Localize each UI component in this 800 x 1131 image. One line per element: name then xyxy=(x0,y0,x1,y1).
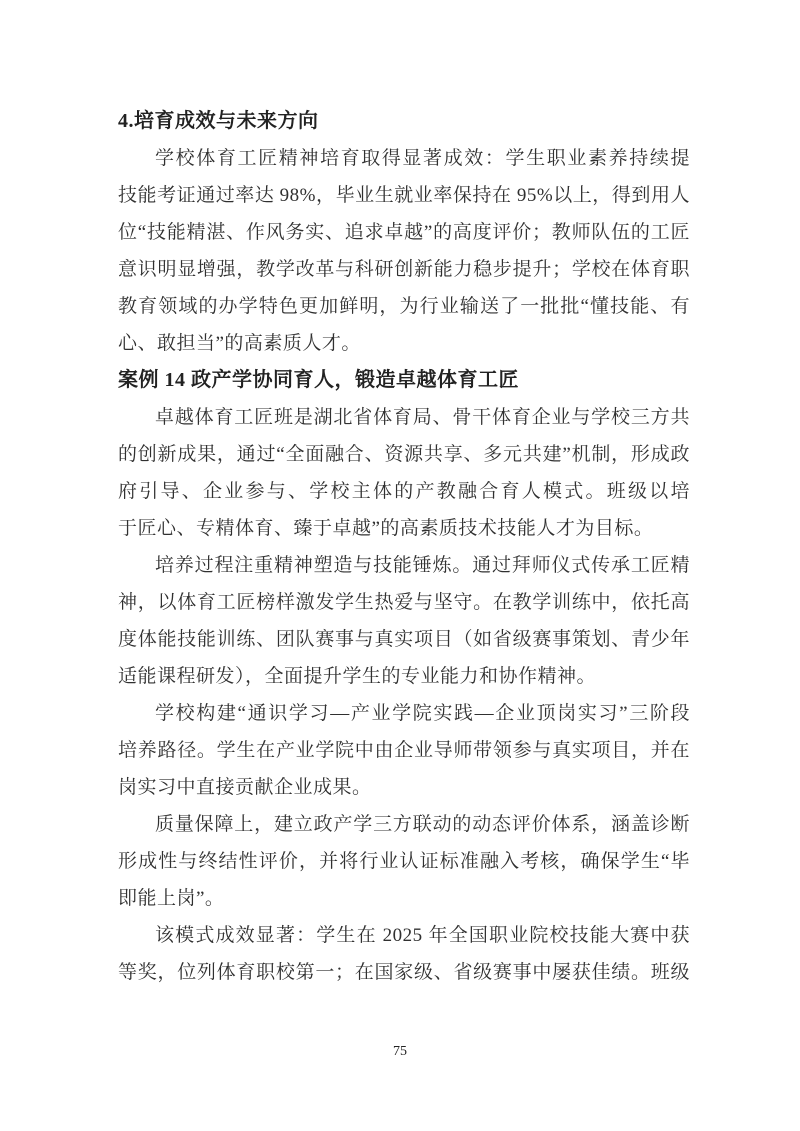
paragraph-line: 即能上岗”。 xyxy=(118,880,690,917)
paragraph-line: 意识明显增强，教学改革与科研创新能力稳步提升；学校在体育职业 xyxy=(118,251,690,288)
body-paragraph: 学校构建“通识学习—产业学院实践—企业顶岗实习”三阶段 培养路径。学生在产业学院… xyxy=(118,695,690,806)
paragraph-line: 度体能技能训练、团队赛事与真实项目（如省级赛事策划、青少年体 xyxy=(118,621,690,658)
paragraph-line: 于匠心、专精体育、臻于卓越”的高素质技术技能人才为目标。 xyxy=(118,510,690,547)
body-paragraph: 该模式成效显著：学生在 2025 年全国职业院校技能大赛中获二 等奖，位列体育职… xyxy=(118,917,690,991)
paragraph-line: 培养过程注重精神塑造与技能锤炼。通过拜师仪式传承工匠精 xyxy=(118,547,690,584)
paragraph-line: 形成性与终结性评价，并将行业认证标准融入考核，确保学生“毕业 xyxy=(118,843,690,880)
paragraph-line: 府引导、企业参与、学校主体的产教融合育人模式。班级以培养“工 xyxy=(118,473,690,510)
paragraph-line: 卓越体育工匠班是湖北省体育局、骨干体育企业与学校三方共建 xyxy=(118,399,690,436)
case-heading: 案例 14 政产学协同育人，锻造卓越体育工匠 xyxy=(118,362,690,399)
body-paragraph: 培养过程注重精神塑造与技能锤炼。通过拜师仪式传承工匠精 神，以体育工匠榜样激发学… xyxy=(118,547,690,695)
paragraph-line: 学校构建“通识学习—产业学院实践—企业顶岗实习”三阶段 xyxy=(118,695,690,732)
document-body: 4.培育成效与未来方向 学校体育工匠精神培育取得显著成效：学生职业素养持续提升，… xyxy=(118,103,690,991)
paragraph-line: 岗实习中直接贡献企业成果。 xyxy=(118,769,690,806)
paragraph-line: 神，以体育工匠榜样激发学生热爱与坚守。在教学训练中，依托高强 xyxy=(118,584,690,621)
paragraph-line: 质量保障上，建立政产学三方联动的动态评价体系，涵盖诊断性、 xyxy=(118,806,690,843)
paragraph-line: 学校体育工匠精神培育取得显著成效：学生职业素养持续提升， xyxy=(118,140,690,177)
paragraph-line: 的创新成果，通过“全面融合、资源共享、多元共建”机制，形成政 xyxy=(118,436,690,473)
paragraph-line: 培养路径。学生在产业学院中由企业导师带领参与真实项目，并在顶 xyxy=(118,732,690,769)
body-paragraph: 质量保障上，建立政产学三方联动的动态评价体系，涵盖诊断性、 形成性与终结性评价，… xyxy=(118,806,690,917)
paragraph-line: 技能考证通过率达 98%，毕业生就业率保持在 95%以上，得到用人单 xyxy=(118,177,690,214)
paragraph-line: 教育领域的办学特色更加鲜明，为行业输送了一批批“懂技能、有匠 xyxy=(118,288,690,325)
paragraph-line: 心、敢担当”的高素质人才。 xyxy=(118,325,690,362)
body-paragraph: 卓越体育工匠班是湖北省体育局、骨干体育企业与学校三方共建 的创新成果，通过“全面… xyxy=(118,399,690,547)
section-heading: 4.培育成效与未来方向 xyxy=(118,103,690,140)
page-footer: 75 xyxy=(0,1042,800,1060)
document-page: 4.培育成效与未来方向 学校体育工匠精神培育取得显著成效：学生职业素养持续提升，… xyxy=(0,0,800,1131)
paragraph-line: 位“技能精湛、作风务实、追求卓越”的高度评价；教师队伍的工匠 xyxy=(118,214,690,251)
paragraph-line: 等奖，位列体育职校第一；在国家级、省级赛事中屡获佳绩。班级学 xyxy=(118,954,690,991)
page-number: 75 xyxy=(393,1044,407,1059)
body-paragraph: 学校体育工匠精神培育取得显著成效：学生职业素养持续提升， 技能考证通过率达 98… xyxy=(118,140,690,362)
paragraph-line: 适能课程研发），全面提升学生的专业能力和协作精神。 xyxy=(118,658,690,695)
paragraph-line: 该模式成效显著：学生在 2025 年全国职业院校技能大赛中获二 xyxy=(118,917,690,954)
